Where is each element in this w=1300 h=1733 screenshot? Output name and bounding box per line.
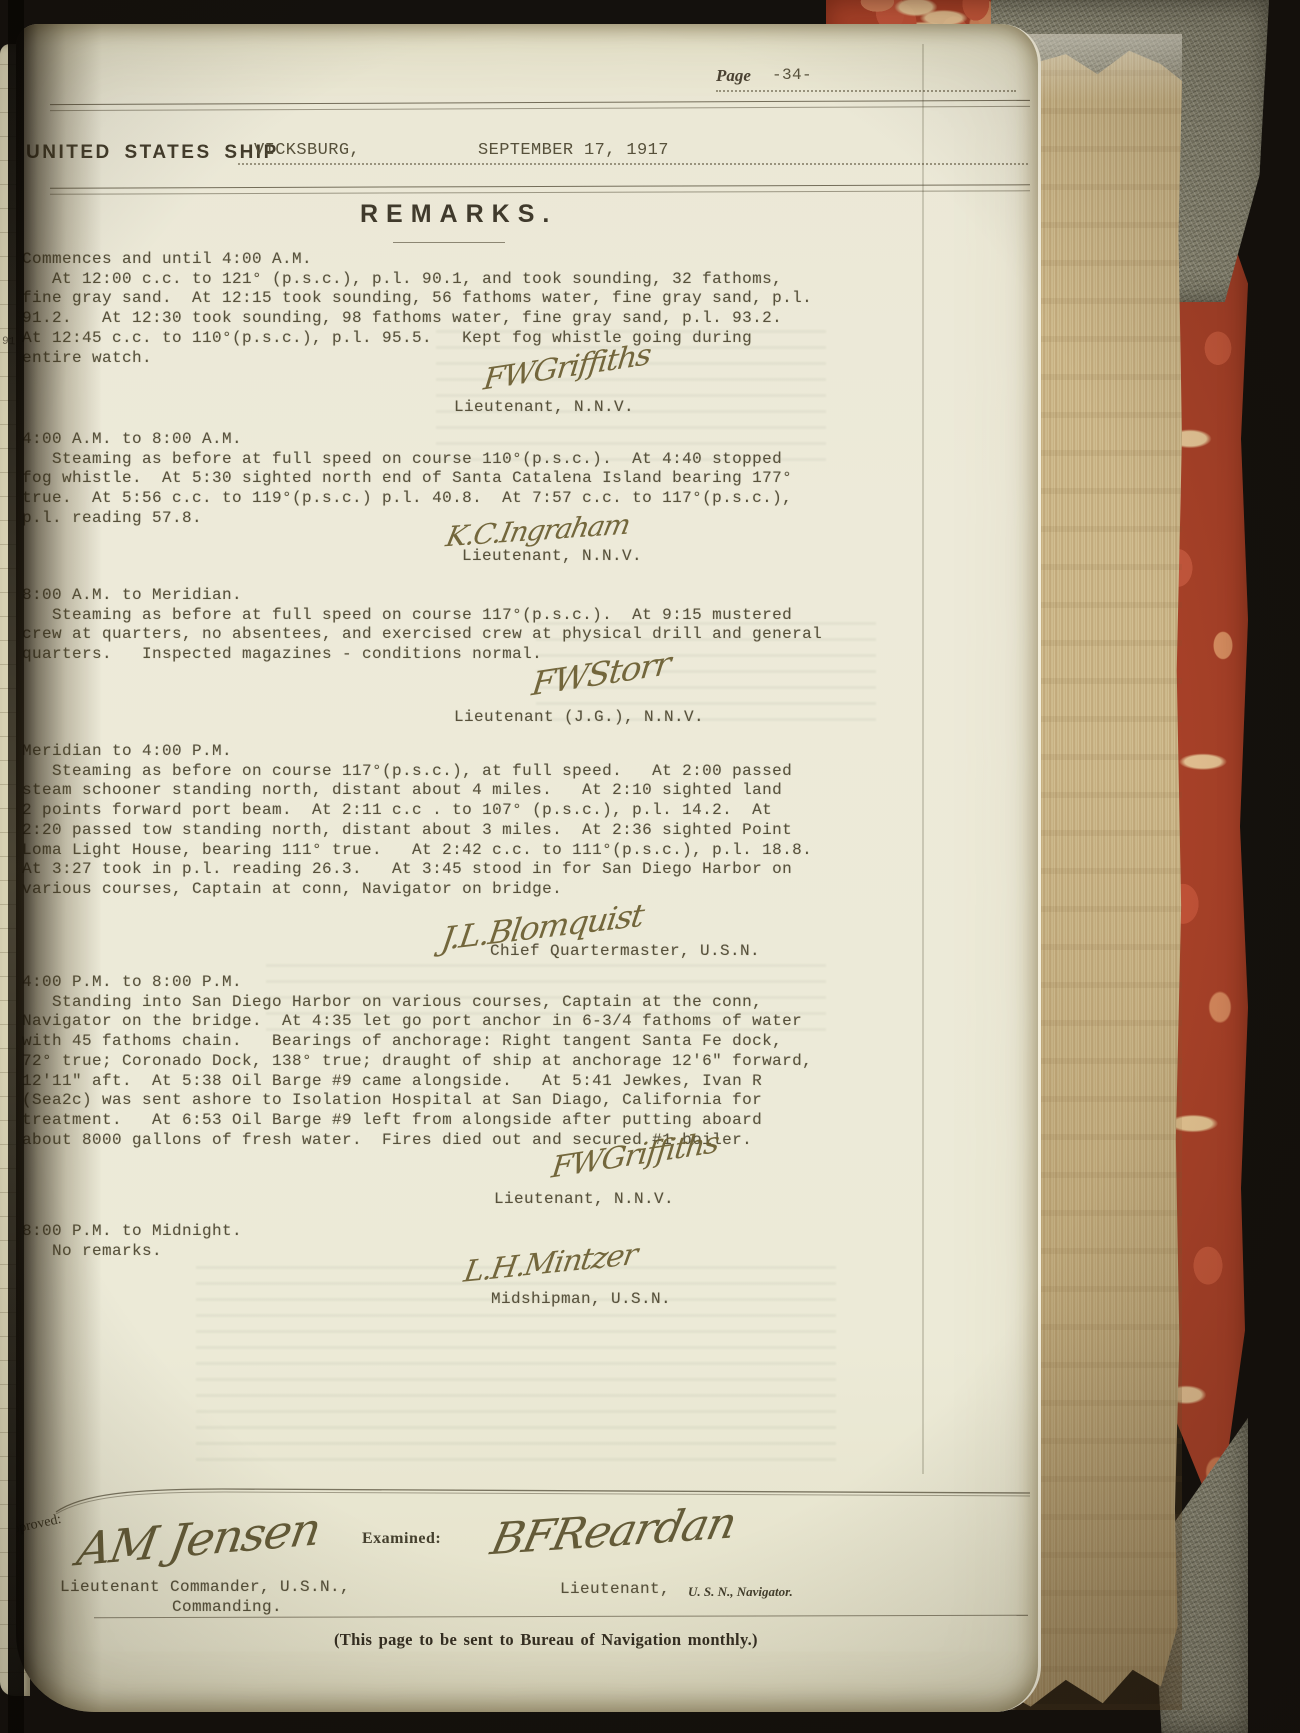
watch-entry-line: quarters. Inspected magazines - conditio… [22,645,822,665]
examined-title-suffix: U. S. N., Navigator. [688,1584,793,1600]
signer-title: Lieutenant, N.N.V. [454,398,634,418]
watch-entry-line: At 3:27 took in p.l. reading 26.3. At 3:… [22,860,812,880]
watch-entry-line: fog whistle. At 5:30 sighted north end o… [22,469,792,489]
watch-entry-line: Steaming as before at full speed on cour… [22,450,792,470]
log-page: Page -34- UNITED STATES SHIP VICKSBURG, … [16,24,1041,1712]
signer-title: Midshipman, U.S.N. [491,1290,671,1310]
watch-entry-line: with 45 fathoms chain. Bearings of ancho… [22,1032,812,1052]
signer-title: Lieutenant, N.N.V. [462,547,642,567]
watch-entry-line: Steaming as before at full speed on cour… [22,606,822,626]
watch-entry-line: steam schooner standing north, distant a… [22,781,812,801]
watch-entry-heading: 8:00 P.M. to Midnight. [22,1222,242,1242]
watch-entry-line: (Sea2c) was sent ashore to Isolation Hos… [22,1091,812,1111]
approval-top-rule [42,1486,1034,1514]
header-bottom-rule [50,184,1030,194]
watch-entry: 8:00 P.M. to Midnight. No remarks. [22,1222,242,1261]
watch-entry: 4:00 P.M. to 8:00 P.M. Standing into San… [22,973,812,1150]
ship-name: VICKSBURG, [254,141,360,160]
approved-title-line2: Commanding. [172,1598,282,1618]
watch-entry: 4:00 A.M. to 8:00 A.M. Steaming as befor… [22,430,792,529]
watch-entry-line: Standing into San Diego Harbor on variou… [22,993,812,1013]
bleed-through-rule [922,44,924,1474]
watch-entry-heading: 4:00 A.M. to 8:00 A.M. [22,430,792,450]
previous-page-fragment: 91 [2,336,16,349]
watch-entry-line: true. At 5:56 c.c. to 119°(p.s.c.) p.l. … [22,489,792,509]
watch-entry-line: At 12:00 c.c. to 121° (p.s.c.), p.l. 90.… [22,270,812,290]
section-title-underline [393,242,505,243]
watch-entry-heading: 8:00 A.M. to Meridian. [22,586,822,606]
watch-entry-line: At 12:45 c.c. to 110°(p.s.c.), p.l. 95.5… [22,329,812,349]
watch-entry-line: crew at quarters, no absentees, and exer… [22,625,822,645]
scanned-logbook-photo: 91 Page -34- UNITED STATES SHIP VICKSBUR… [0,0,1300,1733]
watch-entry-heading: Commences and until 4:00 A.M. [22,250,812,270]
page-number-dotted-line [716,72,1016,92]
watch-entry-line: 2 points forward port beam. At 2:11 c.c … [22,801,812,821]
watch-entry-line: 91.2. At 12:30 took sounding, 98 fathoms… [22,309,812,329]
header-top-rule [50,100,1030,111]
watch-entry: Meridian to 4:00 P.M. Steaming as before… [22,742,812,900]
section-title: REMARKS. [360,200,557,229]
watch-signature: L.H.Mintzer [461,1237,639,1289]
signer-title: Chief Quartermaster, U.S.N. [490,942,760,962]
watch-entry-line: 72° true; Coronado Dock, 138° true; drau… [22,1052,812,1072]
examined-label: Examined: [362,1530,441,1548]
watch-entry-line: entire watch. [22,349,812,369]
watch-entry-heading: 4:00 P.M. to 8:00 P.M. [22,973,812,993]
watch-entry-line: various courses, Captain at conn, Naviga… [22,880,812,900]
log-date: SEPTEMBER 17, 1917 [478,141,669,160]
watch-entry-line: Navigator on the bridge. At 4:35 let go … [22,1012,812,1032]
watch-entry-line: treatment. At 6:53 Oil Barge #9 left fro… [22,1111,812,1131]
watch-entry-line: Steaming as before on course 117°(p.s.c.… [22,762,812,782]
watch-entry-line: 12'11" aft. At 5:38 Oil Barge #9 came al… [22,1072,812,1092]
footer-note: (This page to be sent to Bureau of Navig… [334,1630,758,1650]
watch-entry-line: No remarks. [22,1242,242,1262]
watch-entry-line: Loma Light House, bearing 111° true. At … [22,841,812,861]
watch-entry-line: 2:20 passed tow standing north, distant … [22,821,812,841]
approved-label: Approved: [16,1512,63,1540]
examined-title: Lieutenant, [560,1580,670,1600]
watch-entry: Commences and until 4:00 A.M. At 12:00 c… [22,250,812,368]
signer-title: Lieutenant (J.G.), N.N.V. [454,708,704,728]
approved-title-line1: Lieutenant Commander, U.S.N., [60,1578,350,1598]
bleed-through-smudge [196,1254,836,1474]
watch-entry: 8:00 A.M. to Meridian. Steaming as befor… [22,586,822,665]
watch-entry-line: fine gray sand. At 12:15 took sounding, … [22,289,812,309]
watch-entry-heading: Meridian to 4:00 P.M. [22,742,812,762]
watch-entry-line: p.l. reading 57.8. [22,509,792,529]
signer-title: Lieutenant, N.N.V. [494,1190,674,1210]
